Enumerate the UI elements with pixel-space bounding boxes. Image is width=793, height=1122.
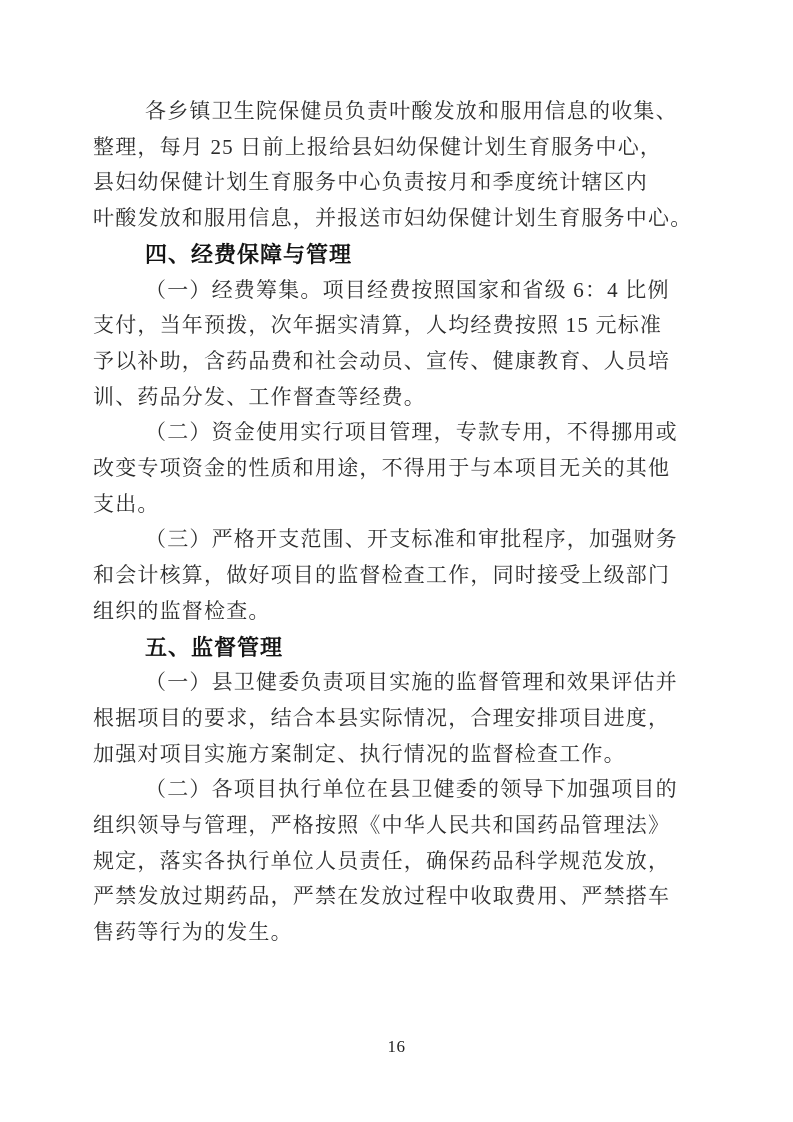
- text-line: （二）各项目执行单位在县卫健委的领导下加强项目的: [93, 772, 713, 808]
- text-line: 组织的监督检查。: [93, 594, 713, 630]
- text-line: 售药等行为的发生。: [93, 915, 713, 951]
- text-line: 予以补助，含药品费和社会动员、宣传、健康教育、人员培: [93, 344, 713, 380]
- paragraph: （三）严格开支范围、开支标准和审批程序，加强财务 和会计核算，做好项目的监督检查…: [93, 522, 713, 629]
- section-heading-block: 四、经费保障与管理: [93, 237, 713, 273]
- text-line: 加强对项目实施方案制定、执行情况的监督检查工作。: [93, 737, 713, 773]
- text-line: 县妇幼保健计划生育服务中心负责按月和季度统计辖区内: [93, 165, 713, 201]
- text-line: 支付，当年预拨，次年据实清算，人均经费按照 15 元标准: [93, 308, 713, 344]
- text-line: 组织领导与管理，严格按照《中华人民共和国药品管理法》: [93, 808, 713, 844]
- paragraph: （一）县卫健委负责项目实施的监督管理和效果评估并 根据项目的要求，结合本县实际情…: [93, 665, 713, 772]
- text-line: （一）经费筹集。项目经费按照国家和省级 6：4 比例: [93, 273, 713, 309]
- text-line: 和会计核算，做好项目的监督检查工作，同时接受上级部门: [93, 558, 713, 594]
- page-number: 16: [0, 1037, 793, 1057]
- text-line: 改变专项资金的性质和用途，不得用于与本项目无关的其他: [93, 451, 713, 487]
- section-heading: 四、经费保障与管理: [93, 237, 713, 273]
- document-page: 各乡镇卫生院保健员负责叶酸发放和服用信息的收集、 整理，每月 25 日前上报给县…: [0, 0, 793, 1122]
- text-line: 规定，落实各执行单位人员责任，确保药品科学规范发放，: [93, 844, 713, 880]
- text-line: （二）资金使用实行项目管理，专款专用，不得挪用或: [93, 415, 713, 451]
- paragraph: （一）经费筹集。项目经费按照国家和省级 6：4 比例 支付，当年预拨，次年据实清…: [93, 273, 713, 416]
- document-body: 各乡镇卫生院保健员负责叶酸发放和服用信息的收集、 整理，每月 25 日前上报给县…: [93, 94, 713, 951]
- text-line: 严禁发放过期药品，严禁在发放过程中收取费用、严禁搭车: [93, 879, 713, 915]
- text-line: 叶酸发放和服用信息，并报送市妇幼保健计划生育服务中心。: [93, 201, 713, 237]
- text-line: （一）县卫健委负责项目实施的监督管理和效果评估并: [93, 665, 713, 701]
- paragraph: （二）资金使用实行项目管理，专款专用，不得挪用或 改变专项资金的性质和用途，不得…: [93, 415, 713, 522]
- text-line: 根据项目的要求，结合本县实际情况，合理安排项目进度，: [93, 701, 713, 737]
- section-heading-block: 五、监督管理: [93, 630, 713, 666]
- paragraph: 各乡镇卫生院保健员负责叶酸发放和服用信息的收集、 整理，每月 25 日前上报给县…: [93, 94, 713, 237]
- text-line: 支出。: [93, 487, 713, 523]
- text-line: 训、药品分发、工作督查等经费。: [93, 380, 713, 416]
- text-line: 整理，每月 25 日前上报给县妇幼保健计划生育服务中心，: [93, 130, 713, 166]
- text-line: 各乡镇卫生院保健员负责叶酸发放和服用信息的收集、: [93, 94, 713, 130]
- paragraph: （二）各项目执行单位在县卫健委的领导下加强项目的 组织领导与管理，严格按照《中华…: [93, 772, 713, 951]
- section-heading: 五、监督管理: [93, 630, 713, 666]
- text-line: （三）严格开支范围、开支标准和审批程序，加强财务: [93, 522, 713, 558]
